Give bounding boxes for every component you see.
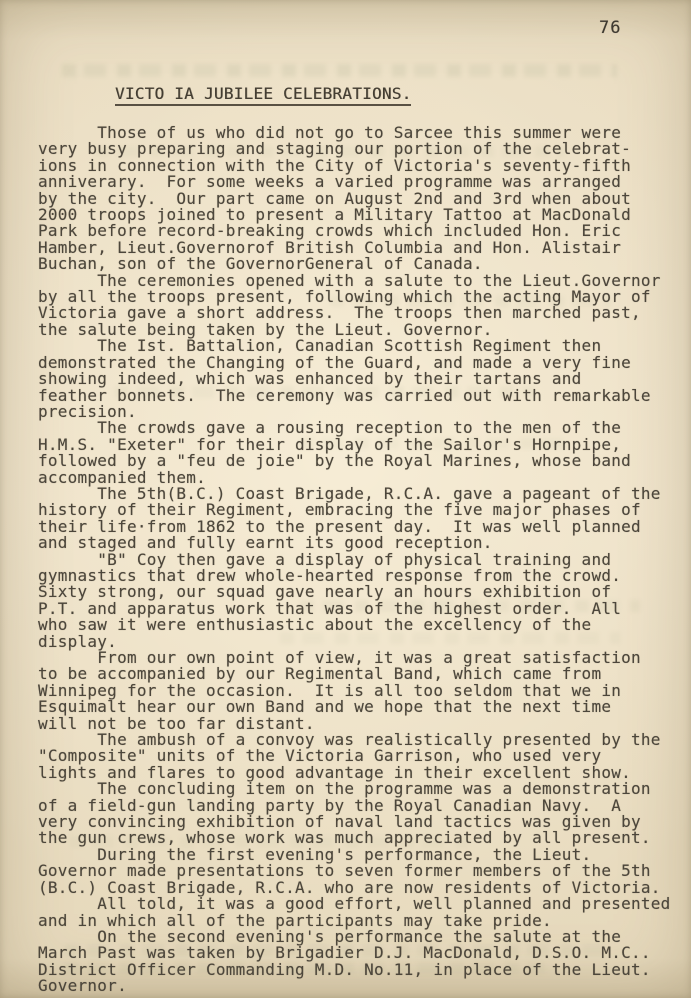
page-number: 76 — [599, 18, 621, 38]
page-content: VICTO IA JUBILEE CELEBRATIONS. Those of … — [38, 84, 668, 995]
text-line: who saw it were enthusiastic about the e… — [38, 617, 668, 633]
document-title: VICTO IA JUBILEE CELEBRATIONS. — [115, 84, 411, 106]
text-line: Governor. — [38, 978, 668, 994]
scanned-page: 76 VICTO IA JUBILEE CELEBRATIONS. Those … — [0, 0, 691, 998]
text-line: District Officer Commanding M.D. No.11, … — [38, 962, 668, 978]
bleedthrough-smudge — [62, 64, 617, 77]
document-body: Those of us who did not go to Sarcee thi… — [38, 125, 668, 995]
